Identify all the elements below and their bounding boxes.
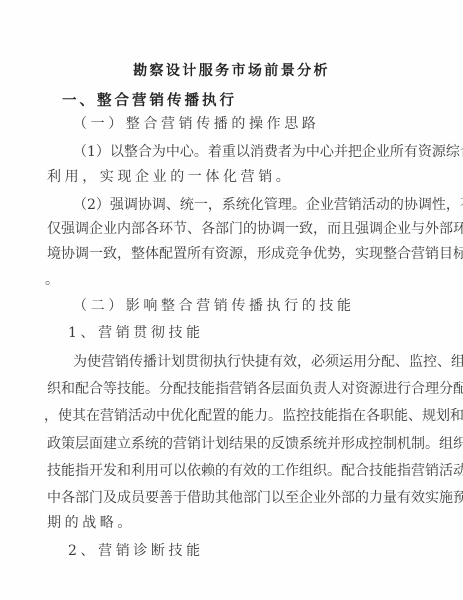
paragraph-3-line-4: 政策层面建立系统的营销计划结果的反馈系统并形成控制机制。组织 bbox=[47, 435, 410, 453]
paragraph-1-line-2: 利用，实现企业的一体化营销。 bbox=[47, 168, 293, 186]
paragraph-3-line-7: 期的战略。 bbox=[47, 514, 135, 532]
document-page: 勘察设计服务市场前景分析 一、整合营销传播执行 （一）整合营销传播的操作思路 （… bbox=[0, 0, 463, 600]
subsection-heading-1: （一）整合营销传播的操作思路 bbox=[73, 115, 319, 133]
paragraph-1-line-1: （1）以整合为中心。着重以消费者为中心并把企业所有资源综合 bbox=[73, 143, 410, 161]
paragraph-3-line-2: 织和配合等技能。分配技能指营销各层面负责人对资源进行合理分配 bbox=[47, 380, 410, 398]
paragraph-2-line-2: 仅强调企业内部各环节、各部门的协调一致，而且强调企业与外部环 bbox=[47, 220, 410, 238]
paragraph-2-line-1: （2）强调协调、统一，系统化管理。企业营销活动的协调性，不 bbox=[73, 196, 410, 214]
paragraph-2-line-3: 境协调一致，整体配置所有资源，形成竞争优势，实现整合营销目标 bbox=[47, 245, 410, 263]
item-heading-1: 1、营销贯彻技能 bbox=[68, 324, 204, 342]
paragraph-3-line-3: ，使其在营销活动中优化配置的能力。监控技能指在各职能、规划和 bbox=[44, 407, 410, 425]
item-heading-2: 2、营销诊断技能 bbox=[68, 542, 204, 560]
paragraph-2-line-4: 。 bbox=[45, 271, 63, 289]
paragraph-3-line-6: 中各部门及成员要善于借助其他部门以至企业外部的力量有效实施预 bbox=[47, 489, 410, 507]
paragraph-3-line-5: 技能指开发和利用可以依赖的有效的工作组织。配合技能指营销活动 bbox=[47, 462, 410, 480]
subsection-heading-2: （二）影响整合营销传播执行的技能 bbox=[73, 297, 355, 315]
paragraph-3-line-1: 为使营销传播计划贯彻执行快捷有效，必须运用分配、监控、组 bbox=[73, 353, 410, 371]
section-heading-1: 一、整合营销传播执行 bbox=[62, 92, 237, 110]
document-title: 勘察设计服务市场前景分析 bbox=[0, 62, 463, 80]
